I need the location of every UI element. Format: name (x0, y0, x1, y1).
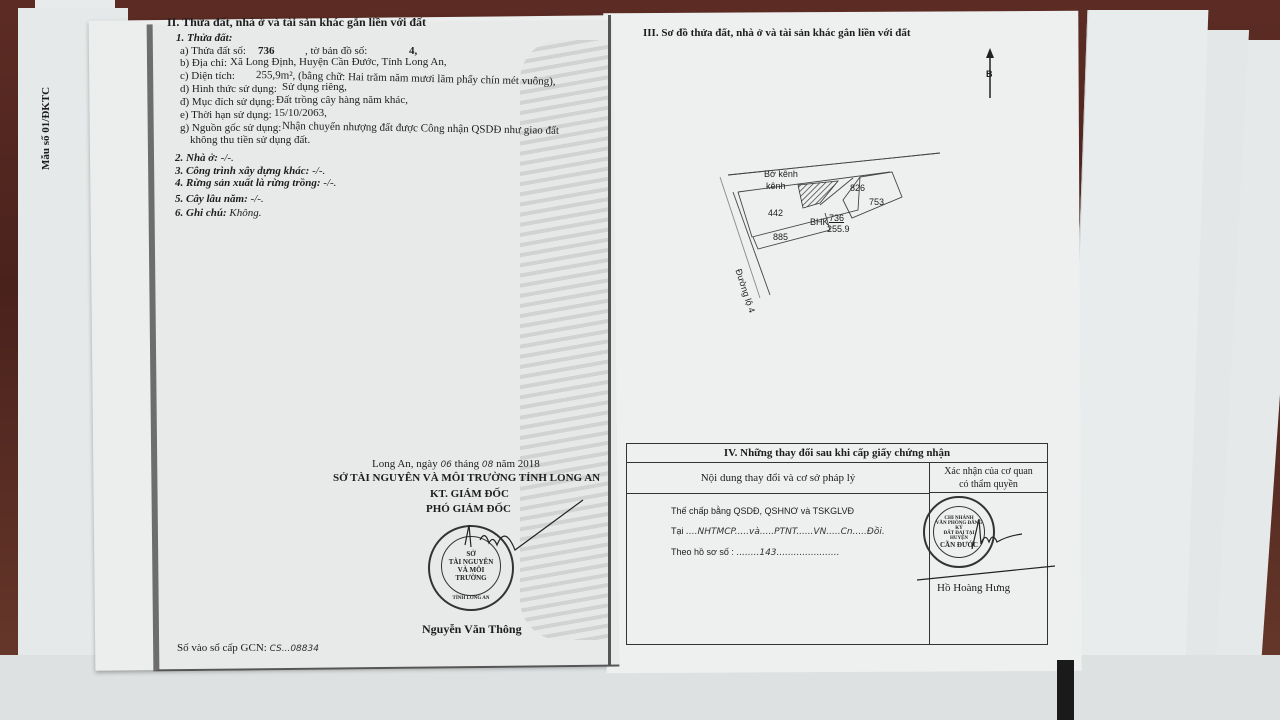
signature-underline (917, 564, 1057, 584)
list-item: 5. Cây lâu năm: -/-. (175, 193, 264, 205)
map-label-subject-area: 255.9 (827, 225, 850, 235)
usage-purpose-value: Đất trồng cây hàng năm khác, (276, 94, 408, 106)
issuing-agency: SỞ TÀI NGUYÊN VÀ MÔI TRƯỜNG TỈNH LONG AN (333, 472, 600, 484)
north-label: B (986, 70, 993, 80)
list-item: 4. Rừng sản xuất là rừng trồng: -/-. (175, 177, 336, 189)
change-entry-file-number: Theo hồ sơ số : ........143.............… (671, 548, 839, 559)
usage-term-value: 15/10/2063, (274, 107, 327, 119)
signer-name: Nguyễn Văn Thông (422, 623, 522, 636)
usage-form-label: d) Hình thức sử dụng: (180, 83, 277, 95)
usage-form-value: Sử dụng riêng, (282, 81, 347, 93)
black-tab-marker (1057, 660, 1074, 720)
changes-col-content-header: Nội dung thay đổi và cơ sở pháp lý (627, 463, 930, 494)
changes-table-title: IV. Những thay đổi sau khi cấp giấy chứn… (627, 444, 1047, 463)
page-fold-line (608, 15, 611, 665)
changes-table: IV. Những thay đổi sau khi cấp giấy chứn… (626, 443, 1048, 645)
origin-label: g) Nguồn gốc sử dụng: (180, 122, 281, 134)
changes-col-confirm-header: Xác nhận của cơ quan có thẩm quyền (930, 463, 1047, 493)
address-label: b) Địa chỉ: (180, 57, 227, 69)
area-label: c) Diện tích: (180, 70, 235, 82)
address-value: Xã Long Định, Huyện Cần Đước, Tỉnh Long … (230, 56, 447, 68)
list-item: 2. Nhà ở: -/-. (175, 152, 234, 164)
map-label-parcel-753: 753 (869, 198, 884, 208)
section-ii-title: II. Thửa đất, nhà ở và tài sản khác gắn … (167, 16, 426, 29)
origin-value-line2: không thu tiền sử dụng đất. (190, 134, 310, 146)
paper-stack-sheet (1063, 10, 1209, 720)
confirmer-name: Hồ Hoàng Hưng (937, 582, 1010, 594)
handwritten-signature-right (967, 514, 1027, 554)
registry-number: Số vào sổ cấp GCN: CS...08834 (177, 642, 319, 655)
change-entry-location: Tại ....NHTMCP.....và.....PTNT......VN..… (671, 527, 885, 538)
list-item: 3. Công trình xây dựng khác: -/-. (175, 165, 325, 177)
section-iii-title: III. Sơ đồ thửa đất, nhà ở và tài sản kh… (643, 27, 911, 39)
change-entry-mortgage: Thế chấp bằng QSDĐ, QSHNƠ và TSKGLVĐ (671, 507, 854, 517)
map-label-parcel-442: 442 (768, 209, 783, 219)
list-item: 6. Ghi chú: Không. (175, 207, 262, 219)
form-number: Mẫu số 01/ĐKTC (40, 87, 52, 170)
usage-term-label: e) Thời hạn sử dụng: (180, 109, 272, 121)
signing-place-date: Long An, ngày 06 tháng 08 năm 2018 (372, 458, 540, 471)
map-label-subject-type: BHK (810, 218, 829, 228)
map-label-canal-bank: Bờ kênh (764, 170, 798, 180)
map-label-subject-parcel: 736 (829, 214, 844, 224)
usage-purpose-label: đ) Mục đích sử dụng: (180, 96, 275, 108)
map-label-parcel-885: 885 (773, 233, 788, 243)
handwritten-signature-left (455, 495, 595, 565)
map-label-parcel-826: 826 (850, 184, 865, 194)
map-label-canal: kênh (766, 182, 786, 192)
land-heading: 1. Thửa đất: (176, 32, 232, 44)
